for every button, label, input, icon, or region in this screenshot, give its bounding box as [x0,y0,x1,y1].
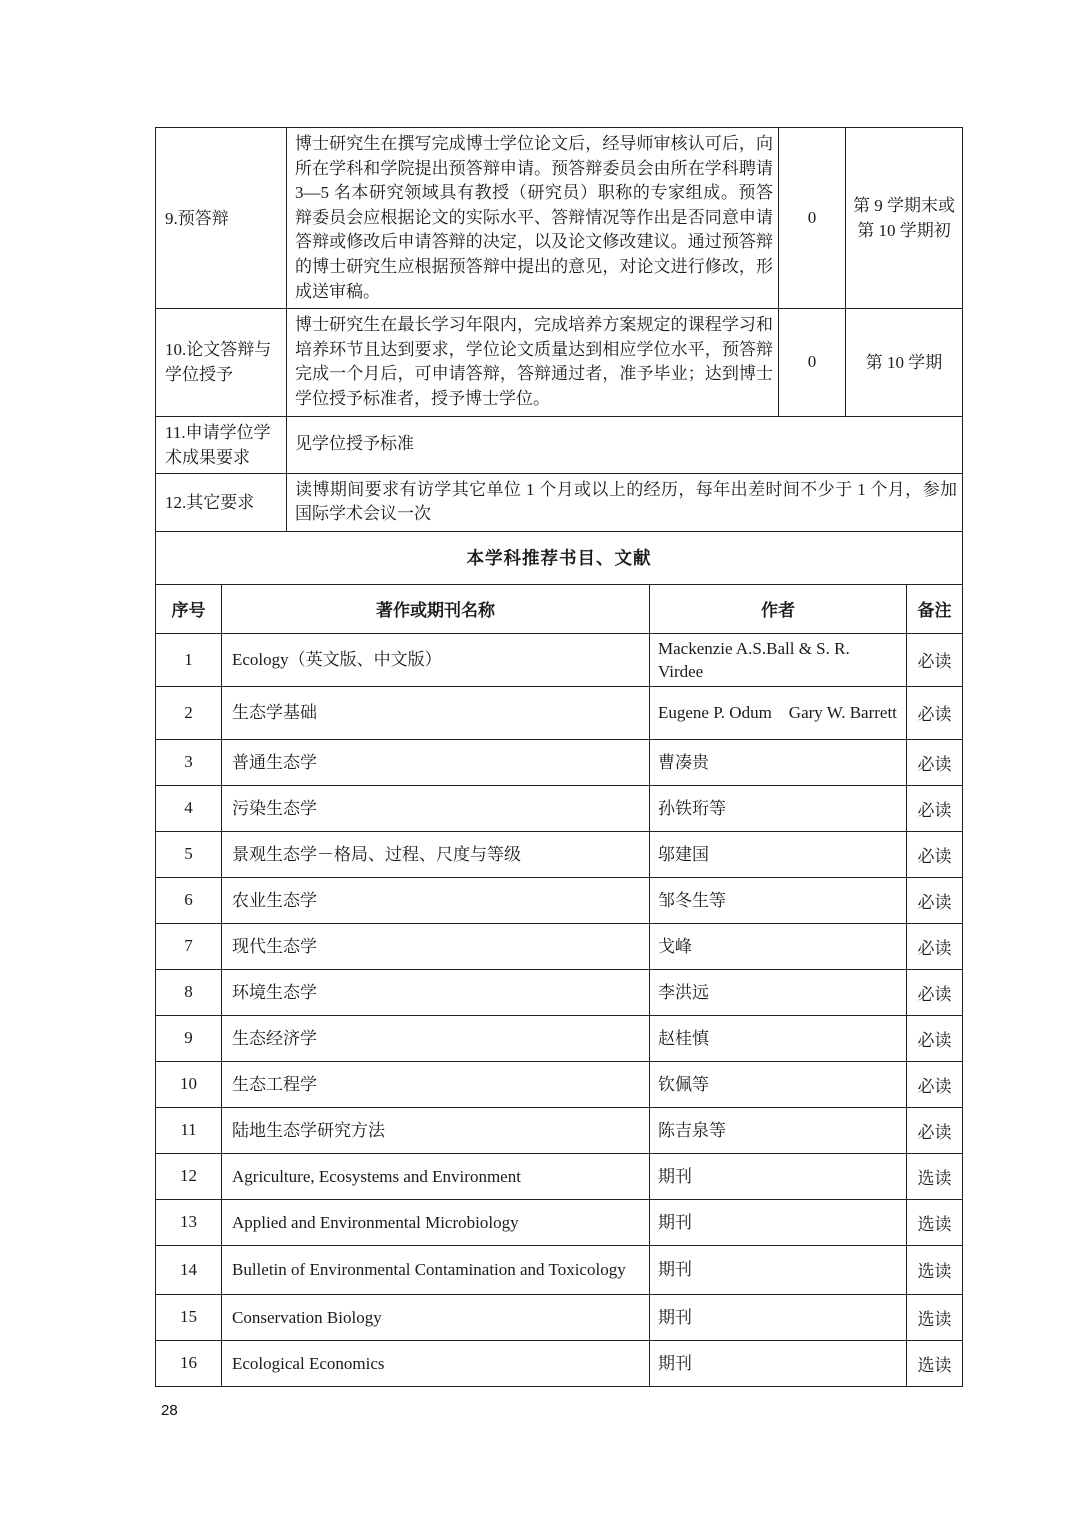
book-note: 必读 [907,1061,963,1107]
book-row: 9 生态经济学 赵桂慎 必读 [156,1015,963,1061]
book-author: 邬建国 [650,831,907,877]
book-title: 环境生态学 [222,969,650,1015]
step-label: 10.论文答辩与学位授予 [156,309,287,416]
book-no: 3 [156,739,222,785]
step-description: 博士研究生在撰写完成博士学位论文后，经导师审核认可后，向所在学科和学院提出预答辩… [287,128,779,309]
book-author: Eugene P. Odum Gary W. Barrett [650,686,907,739]
book-note: 必读 [907,1015,963,1061]
book-title: 农业生态学 [222,877,650,923]
step-label: 11.申请学位学术成果要求 [156,416,287,473]
book-row: 12 Agriculture, Ecosystems and Environme… [156,1153,963,1199]
book-row: 1 Ecology（英文版、中文版） Mackenzie A.S.Ball & … [156,633,963,686]
book-author: 期刊 [650,1340,907,1386]
book-no: 15 [156,1294,222,1340]
book-author: 曹凑贵 [650,739,907,785]
book-row: 8 环境生态学 李洪远 必读 [156,969,963,1015]
book-title: 普通生态学 [222,739,650,785]
book-author: 期刊 [650,1245,907,1294]
book-note: 选读 [907,1153,963,1199]
book-row: 13 Applied and Environmental Microbiolog… [156,1199,963,1245]
book-row: 2 生态学基础 Eugene P. Odum Gary W. Barrett 必… [156,686,963,739]
book-no: 5 [156,831,222,877]
book-no: 2 [156,686,222,739]
book-author: 期刊 [650,1294,907,1340]
recommended-books-table: 本学科推荐书目、文献 序号 著作或期刊名称 作者 备注 1 Ecology（英文… [155,531,963,1387]
book-no: 4 [156,785,222,831]
section-title-row: 本学科推荐书目、文献 [156,531,963,584]
book-title: 景观生态学－格局、过程、尺度与等级 [222,831,650,877]
column-header-note: 备注 [907,584,963,633]
column-header-title: 著作或期刊名称 [222,584,650,633]
step-credit: 0 [779,128,846,309]
book-title: Applied and Environmental Microbiology [222,1199,650,1245]
step-label: 9.预答辩 [156,128,287,309]
book-title: 陆地生态学研究方法 [222,1107,650,1153]
page-number: 28 [161,1402,178,1419]
book-note: 选读 [907,1199,963,1245]
step-description: 读博期间要求有访学其它单位 1 个月或以上的经历，每年出差时间不少于 1 个月，… [287,473,963,531]
document-page: 9.预答辩 博士研究生在撰写完成博士学位论文后，经导师审核认可后，向所在学科和学… [0,0,1074,1520]
training-steps-table: 9.预答辩 博士研究生在撰写完成博士学位论文后，经导师审核认可后，向所在学科和学… [155,127,963,532]
book-note: 选读 [907,1294,963,1340]
book-no: 11 [156,1107,222,1153]
book-row: 6 农业生态学 邹冬生等 必读 [156,877,963,923]
book-no: 12 [156,1153,222,1199]
book-row: 4 污染生态学 孙铁珩等 必读 [156,785,963,831]
book-note: 必读 [907,969,963,1015]
book-no: 9 [156,1015,222,1061]
step-label: 12.其它要求 [156,473,287,531]
step-description: 见学位授予标准 [287,416,963,473]
step-description: 博士研究生在最长学习年限内，完成培养方案规定的课程学习和培养环节且达到要求，学位… [287,309,779,416]
book-note: 必读 [907,785,963,831]
book-no: 1 [156,633,222,686]
table-row-academic-achievements: 11.申请学位学术成果要求 见学位授予标准 [156,416,963,473]
book-author: 戈峰 [650,923,907,969]
book-row: 11 陆地生态学研究方法 陈吉泉等 必读 [156,1107,963,1153]
book-title: 生态工程学 [222,1061,650,1107]
book-title: Bulletin of Environmental Contamination … [222,1245,650,1294]
book-note: 必读 [907,633,963,686]
book-row: 10 生态工程学 钦佩等 必读 [156,1061,963,1107]
book-title: 污染生态学 [222,785,650,831]
section-title: 本学科推荐书目、文献 [156,531,963,584]
book-note: 选读 [907,1245,963,1294]
book-title: Conservation Biology [222,1294,650,1340]
book-title: Ecology（英文版、中文版） [222,633,650,686]
document-content: 9.预答辩 博士研究生在撰写完成博士学位论文后，经导师审核认可后，向所在学科和学… [155,127,962,1387]
step-semester: 第 9 学期末或 第 10 学期初 [846,128,963,309]
book-note: 必读 [907,831,963,877]
book-no: 6 [156,877,222,923]
step-semester: 第 10 学期 [846,309,963,416]
book-row: 15 Conservation Biology 期刊 选读 [156,1294,963,1340]
book-row: 14 Bulletin of Environmental Contaminati… [156,1245,963,1294]
book-author: 邹冬生等 [650,877,907,923]
book-author: 李洪远 [650,969,907,1015]
book-author: 期刊 [650,1199,907,1245]
book-no: 10 [156,1061,222,1107]
book-title: 现代生态学 [222,923,650,969]
book-note: 必读 [907,739,963,785]
book-note: 必读 [907,1107,963,1153]
book-no: 7 [156,923,222,969]
table-row-other-requirements: 12.其它要求 读博期间要求有访学其它单位 1 个月或以上的经历，每年出差时间不… [156,473,963,531]
book-title: 生态经济学 [222,1015,650,1061]
book-note: 选读 [907,1340,963,1386]
book-author: 期刊 [650,1153,907,1199]
books-header-row: 序号 著作或期刊名称 作者 备注 [156,584,963,633]
book-no: 16 [156,1340,222,1386]
book-author: 钦佩等 [650,1061,907,1107]
book-title: Ecological Economics [222,1340,650,1386]
book-title: 生态学基础 [222,686,650,739]
book-row: 16 Ecological Economics 期刊 选读 [156,1340,963,1386]
column-header-author: 作者 [650,584,907,633]
book-no: 13 [156,1199,222,1245]
book-row: 7 现代生态学 戈峰 必读 [156,923,963,969]
table-row-pre-defense: 9.预答辩 博士研究生在撰写完成博士学位论文后，经导师审核认可后，向所在学科和学… [156,128,963,309]
book-no: 8 [156,969,222,1015]
column-header-no: 序号 [156,584,222,633]
book-author: Mackenzie A.S.Ball & S. R. Virdee [650,633,907,686]
book-note: 必读 [907,877,963,923]
book-note: 必读 [907,686,963,739]
book-author: 陈吉泉等 [650,1107,907,1153]
step-credit: 0 [779,309,846,416]
book-author: 赵桂慎 [650,1015,907,1061]
book-title: Agriculture, Ecosystems and Environment [222,1153,650,1199]
book-note: 必读 [907,923,963,969]
book-author: 孙铁珩等 [650,785,907,831]
book-no: 14 [156,1245,222,1294]
book-row: 3 普通生态学 曹凑贵 必读 [156,739,963,785]
table-row-thesis-defense: 10.论文答辩与学位授予 博士研究生在最长学习年限内，完成培养方案规定的课程学习… [156,309,963,416]
book-row: 5 景观生态学－格局、过程、尺度与等级 邬建国 必读 [156,831,963,877]
